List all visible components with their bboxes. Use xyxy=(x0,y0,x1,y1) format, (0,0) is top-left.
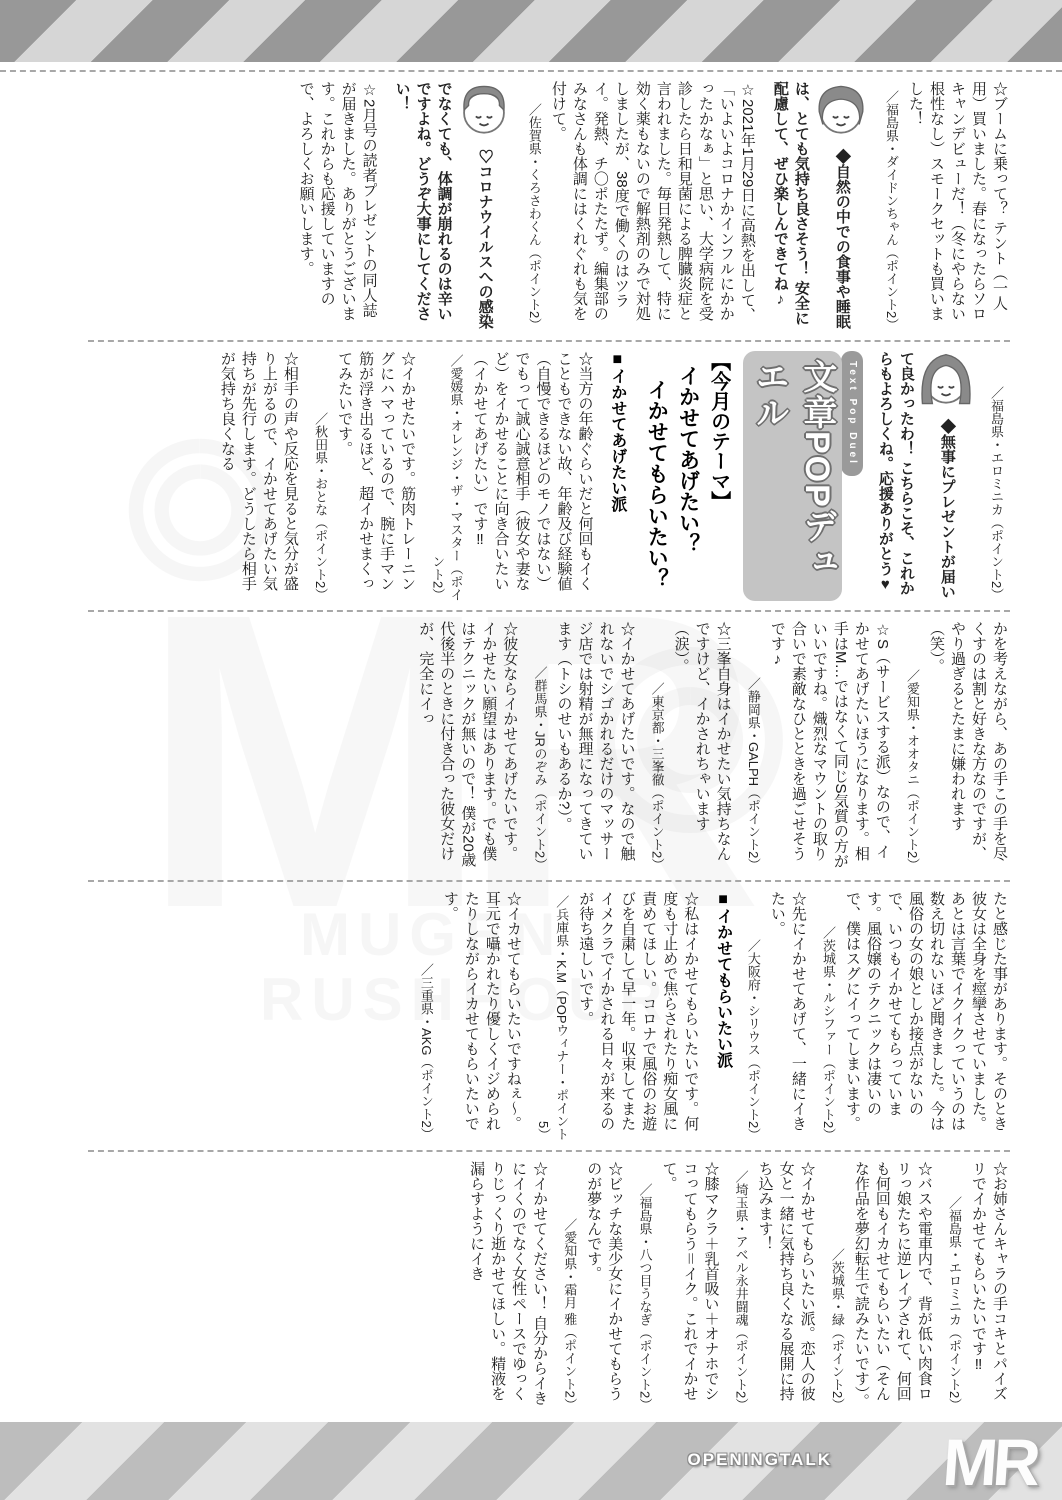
letter-attribution: ／佐賀県・くろさわくん（ポイント2） xyxy=(525,81,543,331)
reader-letter: ☆S（サービスする派）なので、イかせてあげたいほうになります。相手はM…ではなく… xyxy=(744,621,893,871)
reader-letter: ☆イかせてください！ 自分からイきにイくのでなく女性ペースでゆっくりじっくり逝か… xyxy=(466,1161,550,1411)
letter-attribution: ／大阪府・シリウス（ポイント2） xyxy=(744,891,762,1141)
letters-band-2: ／福島県・エロミニカ（ポイント2）◆無事にプレゼントが届いて良かったわ！ こちら… xyxy=(88,342,1010,612)
footer-mr-logo: MR xyxy=(941,1424,1039,1500)
letter-attribution: ／兵庫県・K.M（POPウィナー・ポイント5） xyxy=(534,891,570,1141)
letters-band-3: かを考えながら、あの手この手を尽くすのは割と好きな方なのですが、やり過ぎるとたま… xyxy=(88,612,1010,882)
letter-attribution: ／三重県・AKG（ポイント2） xyxy=(417,891,435,1141)
letter-attribution: ／福島県・ダイドンちゃん（ポイント2） xyxy=(882,81,900,331)
reader-letter: かを考えながら、あの手この手を尽くすのは割と好きな方なのですが、やり過ぎるとたま… xyxy=(903,621,1010,871)
reader-letter: ☆当方の年齢ぐらいだと何回もイくこともできない故、年齢及び経験値（自慢できるほど… xyxy=(428,351,595,601)
reader-letter: ☆先にイかせてあげて、一緒にイきたい。／大阪府・シリウス（ポイント2） xyxy=(744,891,809,1141)
reader-letter: ☆バスや電車内で、背が低い肉食ロリっ娘たちに逆レイプされて、何回も何回もイカせて… xyxy=(828,1161,935,1411)
letter-body: ☆三峯自身はイかせたい気持ちなんですけど、イかされちゃいます（涙）。 xyxy=(671,621,734,871)
letter-body: ☆イかせたいです。筋肉トレーニングにハマっているので、腕に手マン筋が浮き出るほど… xyxy=(334,351,418,601)
section-header: ■イかせてあげたい派 xyxy=(605,351,627,601)
reader-letter: ☆膝マクラ＋乳首吸い＋オナホでシコってもらう＝イク。これでイかせて。／福島県・八… xyxy=(635,1161,721,1411)
reader-letter: ☆ビッチな美少女にイかせてもらうのが夢なんです。／愛知県・霜月 雅（ポイント2） xyxy=(560,1161,625,1411)
reader-letter: ☆私はイかせてもらいたいです。何度も寸止めで焦らされたり痴女風に責めてほしい。コ… xyxy=(534,891,701,1141)
letter-body: たと感じた事があります。そのとき彼女は全身を痙攣させていました。あとは言葉でイク… xyxy=(842,891,1010,1141)
reader-letter: ☆イかせてもらいたい派。恋人の彼女と一緒に気持ち良くなる展開に持ち込みます！／埼… xyxy=(731,1161,817,1411)
letters-content: ☆ブームに乗って？ テント（一人用）買いました。春になったらソロキャンデビューだ… xyxy=(0,70,1062,1420)
letters-band-5: ☆お姉さんキャラの手コキとパイズリでイかせてもらいたいです‼／福島県・エロミニカ… xyxy=(88,1152,1010,1420)
top-stripe-border xyxy=(0,0,1062,62)
letter-attribution: ／愛知県・霜月 雅（ポイント2） xyxy=(560,1161,578,1411)
reader-letter: ☆相手の声や反応を見ると気分が盛り上がるので、イかせてあげたい気持ちが先行します… xyxy=(217,351,301,601)
reader-letter: ☆ブームに乗って？ テント（一人用）買いました。春になったらソロキャンデビューだ… xyxy=(882,81,1010,331)
reader-letter: ☆イカせてもらいたいですねぇ～。耳元で囁かれたり優しくイジめられたりしながらイカ… xyxy=(417,891,524,1141)
reader-letter: ☆三峯自身はイかせたい気持ちなんですけど、イかされちゃいます（涙）。／東京都・三… xyxy=(647,621,733,871)
reader-letter: たと感じた事があります。そのとき彼女は全身を痙攣させていました。あとは言葉でイク… xyxy=(819,891,1010,1141)
letter-body: ☆お姉さんキャラの手コキとパイズリでイかせてもらいたいです‼ xyxy=(968,1161,1010,1411)
letter-body: ☆相手の声や反応を見ると気分が盛り上がるので、イかせてあげたい気持ちが先行します… xyxy=(217,351,301,601)
letter-attribution: ／福島県・エロミニカ（ポイント2） xyxy=(987,351,1005,601)
letter-attribution: ／茨城県・緑（ポイント2） xyxy=(828,1161,846,1411)
letter-attribution: ／愛媛県・オレンジ・ザ・マスター（ポイント2） xyxy=(428,351,464,601)
monthly-theme: 【今月のテーマ】 イかせてあげたい？ イかせてもらいたい？ xyxy=(642,351,733,601)
reader-letter: ☆2021年1月29日に高熱を出して、「いよいよコロナかインフルにかかったかなぁ… xyxy=(525,81,758,331)
girl-short-hair-avatar-icon xyxy=(812,81,870,145)
theme-question-2: イかせてもらいたい？ xyxy=(642,351,671,601)
magazine-letters-page: MR MUGEN RUSHHOUR ☆ブームに乗って？ テント（一人用）買いまし… xyxy=(0,0,1062,1500)
footer-section-label: OPENINGTALK xyxy=(688,1450,832,1470)
editor-reply: ◆無事にプレゼントが届いて良かったわ！ こちらこそ、これからもよろしくね。応援あ… xyxy=(875,351,977,601)
letter-body: ☆イかせてもらいたい派。恋人の彼女と一緒に気持ち良くなる展開に持ち込みます！ xyxy=(755,1161,818,1411)
letter-body: ☆イかせてください！ 自分からイきにイくのでなく女性ペースでゆっくりじっくり逝か… xyxy=(466,1161,550,1411)
letter-body: ☆ビッチな美少女にイかせてもらうのが夢なんです。 xyxy=(583,1161,625,1411)
girl-long-hair-avatar-icon xyxy=(917,351,975,415)
logo-title: 文章POPデュエル xyxy=(743,351,842,601)
letter-body: ☆膝マクラ＋乳首吸い＋オナホでシコってもらう＝イク。これでイかせて。 xyxy=(658,1161,721,1411)
column-logo: Text Pop Duel 文章POPデュエル xyxy=(743,351,863,601)
letter-body: ☆イカせてもらいたいですねぇ～。耳元で囁かれたり優しくイジめられたりしながらイカ… xyxy=(440,891,524,1141)
reader-letter: ☆彼女ならイかせてあげたいです。イかせたい願望はあります。でも僕はテクニックが無… xyxy=(415,621,520,871)
letter-body: ☆イかせてあげたいです。なので触れないでシゴかれるだけのマッサージ店では射精が無… xyxy=(553,621,637,871)
theme-question-1: イかせてあげたい？ xyxy=(673,351,702,601)
boy-avatar-icon xyxy=(455,81,513,145)
letter-attribution: ／埼玉県・アベル永井闘魂（ポイント2） xyxy=(731,1161,749,1411)
letter-attribution: ／東京都・三峯徹（ポイント2） xyxy=(647,621,665,871)
reader-letter: ☆お姉さんキャラの手コキとパイズリでイかせてもらいたいです‼／福島県・エロミニカ… xyxy=(945,1161,1010,1411)
letter-body: ☆バスや電車内で、背が低い肉食ロリっ娘たちに逆レイプされて、何回も何回もイカせて… xyxy=(851,1161,935,1411)
letter-body: ☆当方の年齢ぐらいだと何回もイくこともできない故、年齢及び経験値（自慢できるほど… xyxy=(469,351,595,601)
letter-attribution: ／茨城県・ルシファー（ポイント2） xyxy=(819,891,837,1141)
bottom-stripe-border: OPENINGTALK MR xyxy=(0,1422,1062,1500)
letter-attribution: ／福島県・エロミニカ（ポイント2） xyxy=(945,1161,963,1411)
section-header: ■イかせてもらいたい派 xyxy=(711,891,733,1141)
letter-attribution: ／静岡県・GALPH（ポイント2） xyxy=(744,621,762,871)
reader-letter: ☆イかせてあげたいです。なので触れないでシゴかれるだけのマッサージ店では射精が無… xyxy=(530,621,637,871)
letter-body: ☆彼女ならイかせてあげたいです。イかせたい願望はあります。でも僕はテクニックが無… xyxy=(415,621,520,871)
letters-band-1: ☆ブームに乗って？ テント（一人用）買いました。春になったらソロキャンデビューだ… xyxy=(88,72,1010,342)
letter-body: ☆ブームに乗って？ テント（一人用）買いました。春になったらソロキャンデビューだ… xyxy=(905,81,1010,331)
reader-letter: ☆2月号の読者プレゼントの同人誌が届きました。ありがとうございます。これからも応… xyxy=(296,81,380,331)
letter-body: ☆私はイかせてもらいたいです。何度も寸止めで焦らされたり痴女風に責めてほしい。コ… xyxy=(575,891,701,1141)
letter-attribution: ／福島県・八つ目うなぎ（ポイント2） xyxy=(635,1161,653,1411)
letter-body: ☆2021年1月29日に高熱を出して、「いよいよコロナかインフルにかかったかなぁ… xyxy=(548,81,758,331)
letter-attribution: ／群馬県・JRのぞみ（ポイント2） xyxy=(530,621,548,871)
letter-body: ☆S（サービスする派）なので、イかせてあげたいほうになります。相手はM…ではなく… xyxy=(767,621,893,871)
reader-letter: ☆イかせたいです。筋肉トレーニングにハマっているので、腕に手マン筋が浮き出るほど… xyxy=(311,351,418,601)
reader-letter: ／福島県・エロミニカ（ポイント2） xyxy=(987,351,1005,601)
letter-body: ☆先にイかせてあげて、一緒にイきたい。 xyxy=(767,891,809,1141)
column-title-block: Text Pop Duel 文章POPデュエル 【今月のテーマ】 イかせてあげた… xyxy=(642,351,863,601)
theme-heading: 【今月のテーマ】 xyxy=(705,351,733,601)
letters-band-4: たと感じた事があります。そのとき彼女は全身を痙攣させていました。あとは言葉でイク… xyxy=(88,882,1010,1152)
letter-body: かを考えながら、あの手この手を尽くすのは割と好きな方なのですが、やり過ぎるとたま… xyxy=(926,621,1010,871)
letter-attribution: ／愛知県・オオタニ（ポイント2） xyxy=(903,621,921,871)
logo-subtitle: Text Pop Duel xyxy=(847,361,858,466)
logo-subtitle-bar: Text Pop Duel xyxy=(841,351,863,476)
editor-reply: ♡コロナウイルスへの感染でなくても、体調が崩れるのは辛いですよね。どうぞ大事にし… xyxy=(392,81,515,331)
letter-body: ☆2月号の読者プレゼントの同人誌が届きました。ありがとうございます。これからも応… xyxy=(296,81,380,331)
letter-attribution: ／秋田県・おとな（ポイント2） xyxy=(311,351,329,601)
editor-reply: ◆自然の中での食事や睡眠は、とても気持ち良さそう！ 安全に配慮して、ぜひ楽しんで… xyxy=(770,81,872,331)
